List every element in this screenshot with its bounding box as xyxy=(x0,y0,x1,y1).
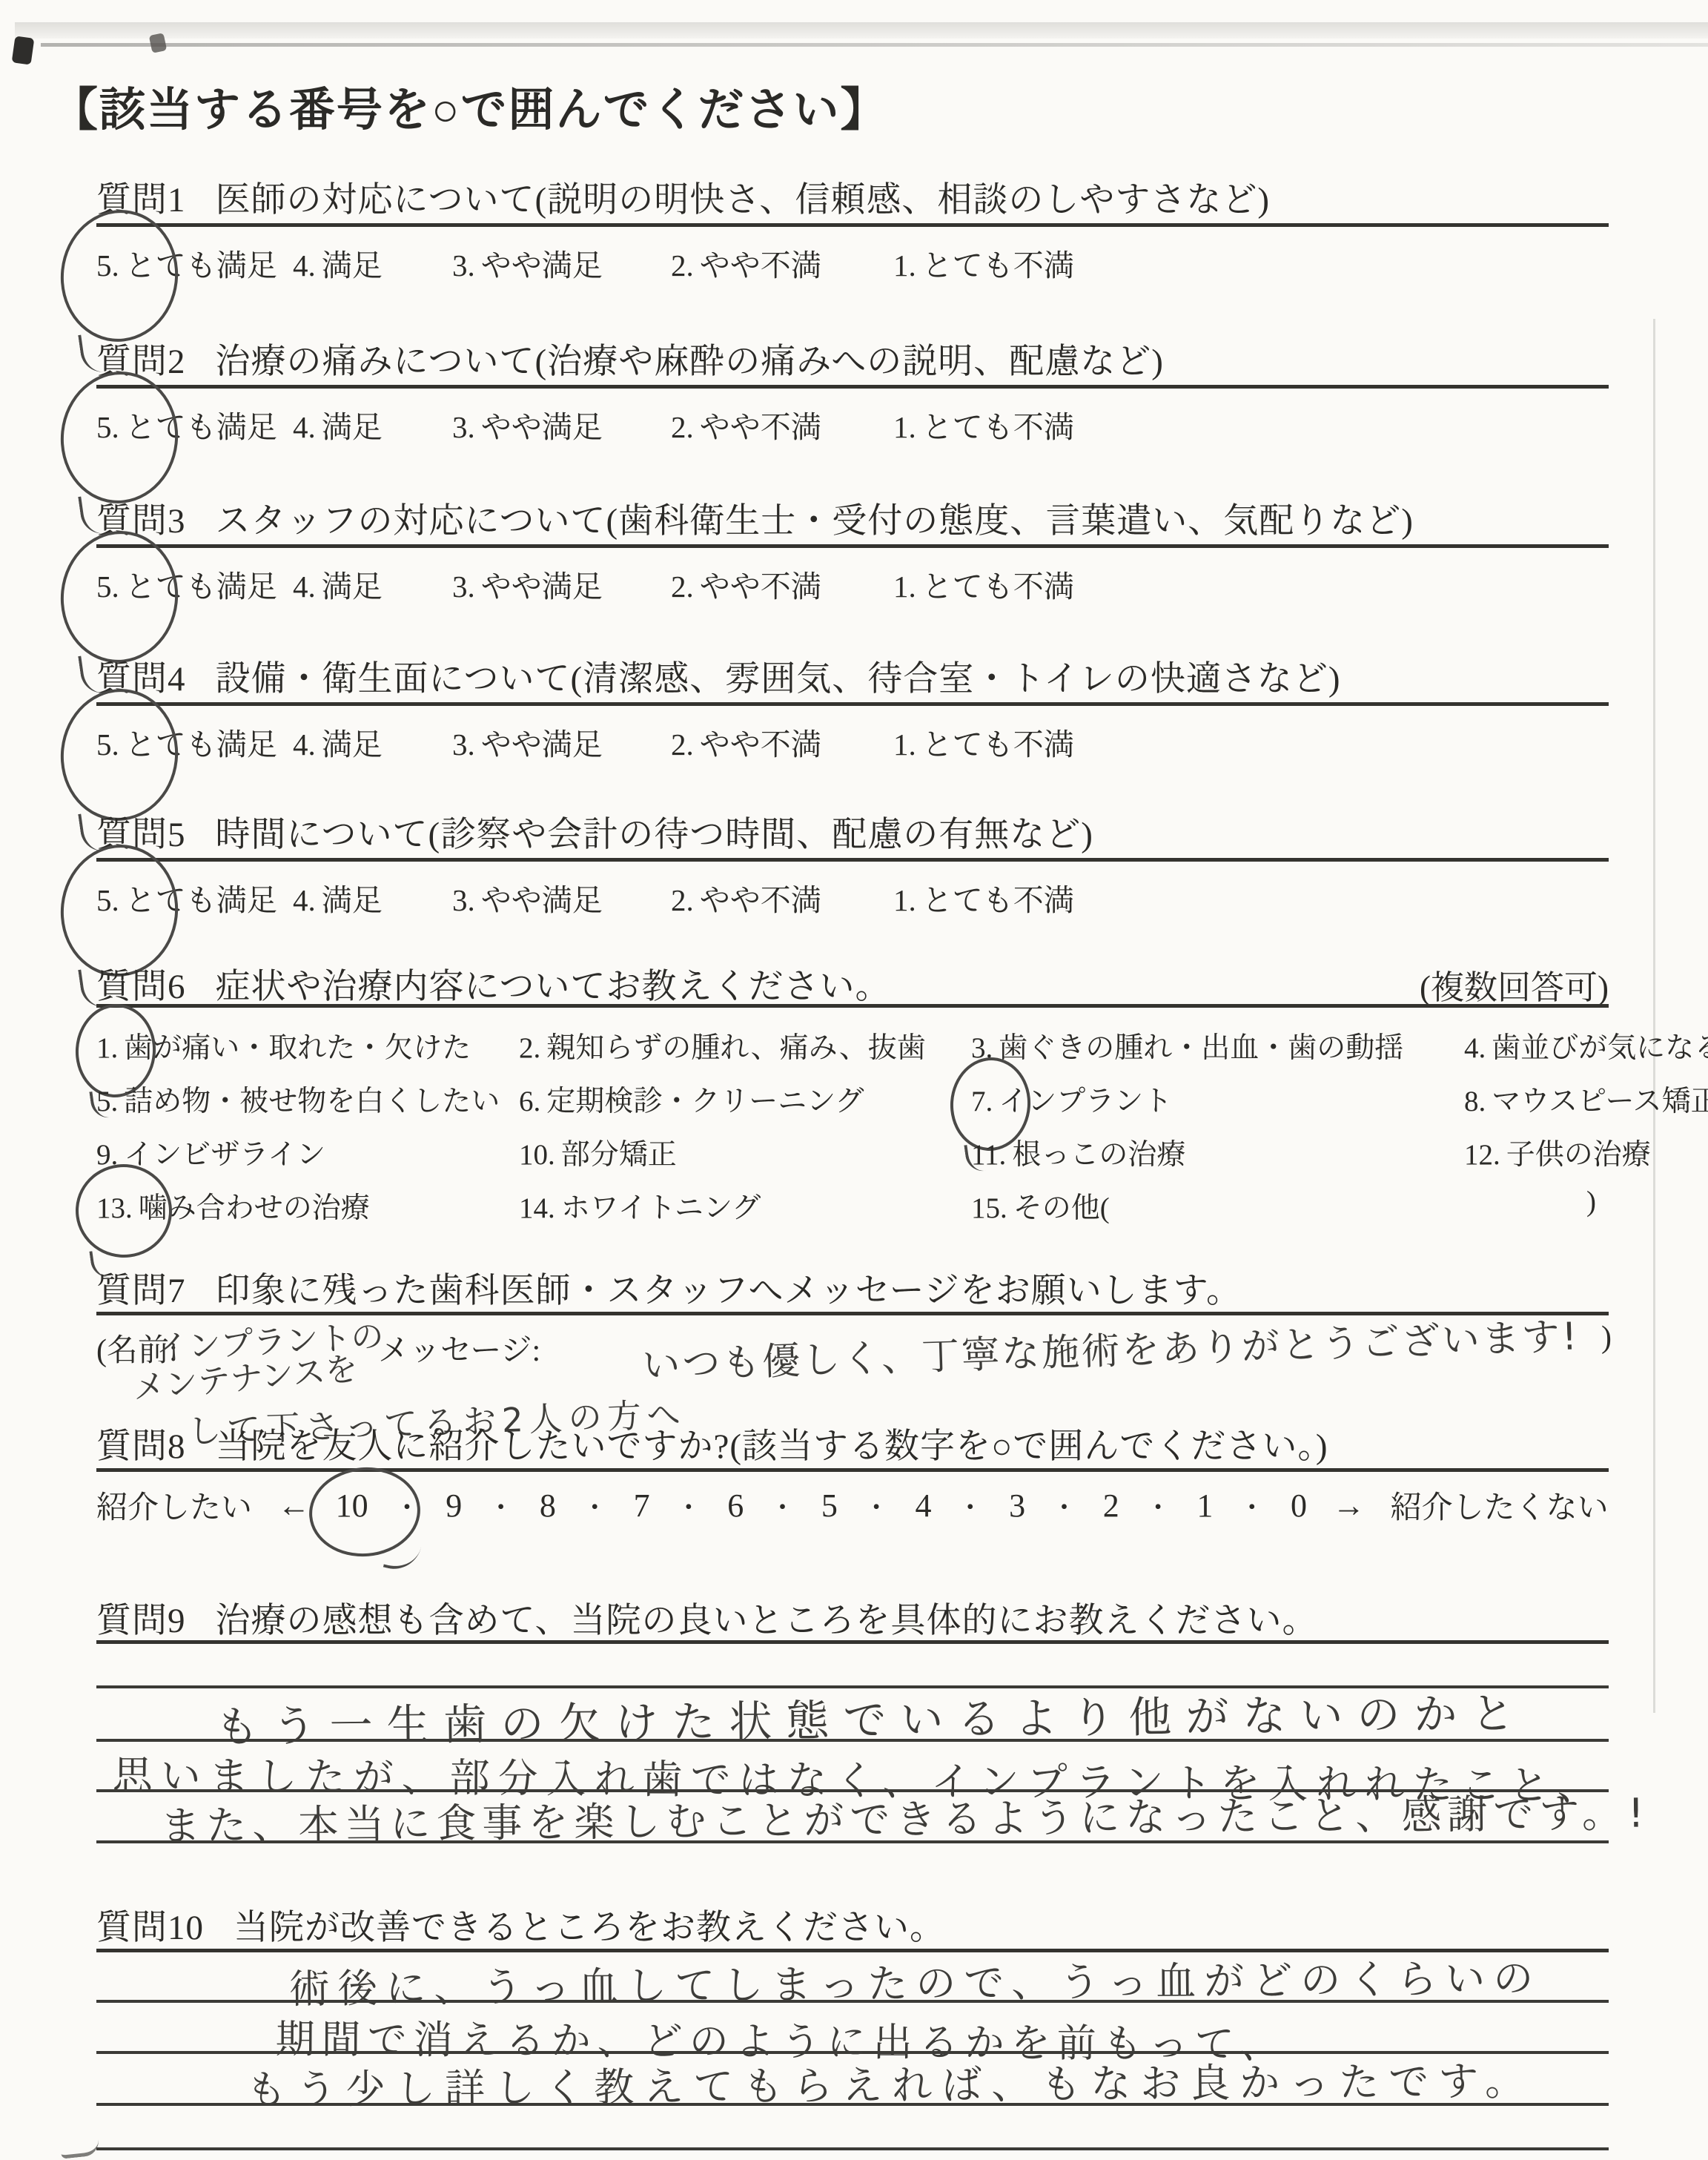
option-text: やや満足 xyxy=(481,410,603,444)
q10-label: 質問10 xyxy=(96,1909,204,1947)
option-text: とても不満 xyxy=(922,410,1074,444)
q8-scale-0: 0 xyxy=(1291,1487,1307,1525)
q6-option-15-close-paren: ) xyxy=(1586,1185,1596,1218)
q6-row-1: 1.歯が痛い・取れた・欠けた 2.親知らずの腫れ、痛み、抜歯 3.歯ぐきの腫れ・… xyxy=(96,1025,1623,1077)
option-text: 子供の治療 xyxy=(1506,1139,1651,1171)
option-number: 3. xyxy=(452,410,475,444)
scale-dot: ・ xyxy=(957,1487,984,1525)
scan-edge-shadow xyxy=(15,22,1708,39)
q7-message-label: メッセージ: xyxy=(378,1326,540,1370)
option-number: 5. xyxy=(96,1086,118,1117)
option-number: 8. xyxy=(1464,1086,1486,1117)
scale-dot: ・ xyxy=(769,1487,796,1525)
option-text: やや不満 xyxy=(700,883,821,917)
q7-close-paren: ) xyxy=(1601,1320,1612,1355)
q2-option-2: 2.やや不満 xyxy=(671,403,893,446)
q3-option-3: 3.やや満足 xyxy=(452,562,671,606)
option-number: 10. xyxy=(519,1139,555,1171)
option-text: 満足 xyxy=(322,410,383,444)
option-number: 2. xyxy=(671,569,694,604)
option-text: 部分矯正 xyxy=(561,1139,677,1171)
q1-option-1: 1.とても不満 xyxy=(893,241,1609,285)
q9-label: 質問9 xyxy=(96,1602,186,1640)
q9-underline xyxy=(96,1640,1609,1644)
q5-option-4: 4.満足 xyxy=(293,876,452,919)
q5-underline xyxy=(96,858,1609,862)
scanned-survey-sheet: 【該当する番号を○で囲んでください】 質問1医師の対応について(説明の明快さ、信… xyxy=(0,0,1708,2160)
option-text: 満足 xyxy=(322,569,383,604)
q8-label: 質問8 xyxy=(96,1427,186,1466)
option-text: やや満足 xyxy=(481,883,603,917)
option-text: やや不満 xyxy=(700,727,821,762)
q6-option-4: 4.歯並びが気になる xyxy=(1464,1025,1708,1066)
q6-option-8: 8.マウスピース矯正 xyxy=(1464,1078,1708,1120)
q6-option-6: 6.定期検診・クリーニング xyxy=(519,1078,864,1120)
option-text: やや満足 xyxy=(481,569,603,604)
q3-option-2: 2.やや不満 xyxy=(671,562,893,606)
q6-option-14: 14.ホワイトニング xyxy=(519,1185,761,1226)
option-text: 満足 xyxy=(322,727,383,762)
q10-handwriting-1: 術後に、うっ血してしまったので、うっ血がどのくらいの xyxy=(289,1946,1542,2015)
option-number: 2. xyxy=(671,410,694,444)
q2-text: 治療の痛みについて(治療や麻酔の痛みへの説明、配慮など) xyxy=(216,343,1164,381)
option-number: 1. xyxy=(893,410,916,444)
q2-heading: 質問2治療の痛みについて(治療や麻酔の痛みへの説明、配慮など) xyxy=(96,334,1164,383)
q7-heading: 質問7印象に残った歯科医師・スタッフへメッセージをお願いします。 xyxy=(96,1263,1242,1312)
q6-underline xyxy=(96,1004,1609,1008)
hand-circle xyxy=(305,1462,424,1561)
option-text: やや満足 xyxy=(481,727,603,762)
q2-option-4: 4.満足 xyxy=(293,403,452,446)
q6-option-3: 3.歯ぐきの腫れ・出血・歯の動揺 xyxy=(971,1025,1403,1066)
q6-label: 質問6 xyxy=(96,968,186,1006)
option-text: 歯が痛い・取れた・欠けた xyxy=(124,1032,471,1064)
option-number: 3. xyxy=(452,248,475,283)
option-number: 15. xyxy=(971,1192,1007,1224)
q4-option-2: 2.やや不満 xyxy=(671,720,893,764)
q5-option-3: 3.やや満足 xyxy=(452,876,671,919)
q3-option-1: 1.とても不満 xyxy=(893,562,1609,606)
option-number: 2. xyxy=(671,248,694,283)
option-number: 2. xyxy=(671,727,694,762)
q4-underline xyxy=(96,702,1609,706)
q6-option-5: 5.詰め物・被せ物を白くしたい xyxy=(96,1078,500,1120)
q4-option-4: 4.満足 xyxy=(293,720,452,764)
q2-underline xyxy=(96,385,1609,389)
option-number: 4. xyxy=(1464,1032,1486,1064)
q3-option-4: 4.満足 xyxy=(293,562,452,606)
q9-text: 治療の感想も含めて、当院の良いところを具体的にお教えください。 xyxy=(216,1602,1318,1640)
option-number: 4. xyxy=(293,727,316,762)
q8-scale-8: 8 xyxy=(540,1487,556,1525)
q6-option-11: 11.根っこの治療 xyxy=(971,1132,1185,1173)
q5-option-1: 1.とても不満 xyxy=(893,876,1609,919)
q6-option-2: 2.親知らずの腫れ、痛み、抜歯 xyxy=(519,1025,926,1066)
q6-option-13-circled: 13.噛み合わせの治療 xyxy=(96,1185,370,1226)
option-text: ホワイトニング xyxy=(561,1192,761,1224)
q8-scale-10-circled: 10 xyxy=(336,1487,368,1525)
q10-text: 当院が改善できるところをお教えください。 xyxy=(234,1909,945,1947)
option-number: 14. xyxy=(519,1192,555,1224)
option-text: マウスピース矯正 xyxy=(1492,1086,1708,1117)
q8-scale-3: 3 xyxy=(1009,1487,1025,1525)
q1-option-4: 4.満足 xyxy=(293,241,452,285)
q8-heading: 質問8当院を友人に紹介したいですか?(該当する数字を○で囲んでください。) xyxy=(96,1418,1328,1468)
q1-option-5-circled: 5.とても満足 xyxy=(96,241,293,285)
scale-dot: ・ xyxy=(488,1487,514,1525)
option-number: 6. xyxy=(519,1086,540,1117)
q6-text: 症状や治療内容についてお教えください。 xyxy=(216,968,891,1006)
q3-option-5-circled: 5.とても満足 xyxy=(96,562,293,606)
option-number: 4. xyxy=(293,883,316,917)
option-number: 4. xyxy=(293,410,316,444)
option-number: 1. xyxy=(893,569,916,604)
scale-dot: ・ xyxy=(1145,1487,1171,1525)
q8-left-label: 紹介したい xyxy=(96,1483,252,1527)
q8-scale-4: 4 xyxy=(915,1487,931,1525)
q5-options: 5.とても満足 4.満足 3.やや満足 2.やや不満 1.とても不満 xyxy=(96,876,1609,919)
q4-options: 5.とても満足 4.満足 3.やや満足 2.やや不満 1.とても不満 xyxy=(96,720,1609,764)
q7-text: 印象に残った歯科医師・スタッフへメッセージをお願いします。 xyxy=(216,1272,1242,1310)
option-number: 1. xyxy=(893,883,916,917)
option-text: 親知らずの腫れ、痛み、抜歯 xyxy=(546,1032,926,1064)
q5-option-5-circled: 5.とても満足 xyxy=(96,876,293,919)
option-number: 3. xyxy=(452,727,475,762)
q4-option-1: 1.とても不満 xyxy=(893,720,1609,764)
q6-option-15: 15.その他( xyxy=(971,1185,1110,1226)
q7-message-handwriting: いつも優しく、丁寧な施術をありがとうございます! xyxy=(641,1305,1580,1390)
option-text: やや不満 xyxy=(700,410,821,444)
q8-scale-5: 5 xyxy=(821,1487,838,1525)
q8-scale-9: 9 xyxy=(446,1487,462,1525)
q1-underline xyxy=(96,223,1609,227)
q4-text: 設備・衛生面について(清潔感、雰囲気、待合室・トイレの快適さなど) xyxy=(216,660,1341,698)
option-text: とても不満 xyxy=(922,727,1074,762)
q8-underline xyxy=(96,1468,1609,1472)
scan-ink-mark xyxy=(60,2139,100,2159)
q6-row-2: 5.詰め物・被せ物を白くしたい 6.定期検診・クリーニング 7.インプラント 8… xyxy=(96,1078,1623,1130)
q3-options: 5.とても満足 4.満足 3.やや満足 2.やや不満 1.とても不満 xyxy=(96,562,1609,606)
scan-ink-mark xyxy=(12,36,35,65)
q9-handwriting-1: もう一生歯の欠けた状態でいるより他がないのかと xyxy=(215,1678,1529,1754)
option-text: 歯並びが気になる xyxy=(1492,1032,1708,1064)
option-text: 満足 xyxy=(322,883,383,917)
scale-dot: ・ xyxy=(675,1487,702,1525)
q8-scale-7: 7 xyxy=(634,1487,650,1525)
option-number: 3. xyxy=(452,883,475,917)
option-text: とても不満 xyxy=(922,883,1074,917)
q6-option-1-circled: 1.歯が痛い・取れた・欠けた xyxy=(96,1025,471,1066)
q2-option-5-circled: 5.とても満足 xyxy=(96,403,293,446)
q4-option-5-circled: 5.とても満足 xyxy=(96,720,293,764)
q3-text: スタッフの対応について(歯科衛生士・受付の態度、言葉遣い、気配りなど) xyxy=(216,502,1414,541)
option-number: 4. xyxy=(293,569,316,604)
q6-note: (複数回答可) xyxy=(1420,960,1609,1008)
option-text: 詰め物・被せ物を白くしたい xyxy=(124,1086,500,1117)
q8-scale-2: 2 xyxy=(1103,1487,1119,1525)
q6-row-4: 13.噛み合わせの治療 14.ホワイトニング 15.その他( ) xyxy=(96,1185,1623,1237)
q8-scale: 紹介したい ← 10 ・ 9 ・ 8 ・ 7 ・ 6 ・ 5 ・ 4 ・ 3 ・… xyxy=(96,1483,1609,1527)
scan-top-line xyxy=(41,43,1708,47)
option-number: 2. xyxy=(519,1032,540,1064)
option-number: 1. xyxy=(893,248,916,283)
option-text: とても不満 xyxy=(922,248,1074,283)
q1-option-3: 3.やや満足 xyxy=(452,241,671,285)
q7-label: 質問7 xyxy=(96,1272,186,1310)
option-text: とても不満 xyxy=(922,569,1074,604)
q3-underline xyxy=(96,544,1609,548)
option-number: 1. xyxy=(893,727,916,762)
q8-scale-6: 6 xyxy=(727,1487,744,1525)
q1-options: 5.とても満足 4.満足 3.やや満足 2.やや不満 1.とても不満 xyxy=(96,241,1609,285)
q2-option-3: 3.やや満足 xyxy=(452,403,671,446)
page-title: 【該当する番号を○で囲んでください】 xyxy=(52,73,887,139)
scale-dot: ・ xyxy=(863,1487,890,1525)
q6-option-10: 10.部分矯正 xyxy=(519,1132,677,1173)
scan-right-edge-line xyxy=(1653,319,1655,1713)
q9-heading: 質問9治療の感想も含めて、当院の良いところを具体的にお教えください。 xyxy=(96,1593,1318,1642)
q6-option-12: 12.子供の治療 xyxy=(1464,1132,1651,1173)
scale-dot: ・ xyxy=(581,1487,608,1525)
right-arrow-icon: → xyxy=(1332,1487,1365,1525)
scale-dot: ・ xyxy=(1050,1487,1077,1525)
option-text: その他( xyxy=(1013,1192,1110,1224)
q2-option-1: 1.とても不満 xyxy=(893,403,1609,446)
option-text: やや不満 xyxy=(700,569,821,604)
option-text: やや満足 xyxy=(481,248,603,283)
q1-heading: 質問1医師の対応について(説明の明快さ、信頼感、相談のしやすさなど) xyxy=(96,172,1270,222)
option-text: インビザライン xyxy=(124,1139,325,1171)
option-text: やや不満 xyxy=(700,248,821,283)
left-arrow-icon: ← xyxy=(277,1487,310,1525)
option-number: 2. xyxy=(671,883,694,917)
q5-heading: 質問5時間について(診察や会計の待つ時間、配慮の有無など) xyxy=(96,807,1093,856)
option-number: 12. xyxy=(1464,1139,1500,1171)
q8-right-label: 紹介したくない xyxy=(1391,1483,1609,1527)
q10-heading: 質問10当院が改善できるところをお教えください。 xyxy=(96,1900,945,1949)
q1-option-2: 2.やや不満 xyxy=(671,241,893,285)
q3-heading: 質問3スタッフの対応について(歯科衛生士・受付の態度、言葉遣い、気配りなど) xyxy=(96,493,1414,543)
q8-scale-1: 1 xyxy=(1196,1487,1213,1525)
q5-text: 時間について(診察や会計の待つ時間、配慮の有無など) xyxy=(216,816,1093,854)
q6-option-7-circled: 7.インプラント xyxy=(971,1078,1172,1120)
q2-options: 5.とても満足 4.満足 3.やや満足 2.やや不満 1.とても不満 xyxy=(96,403,1609,446)
q5-option-2: 2.やや不満 xyxy=(671,876,893,919)
q8-text: 当院を友人に紹介したいですか?(該当する数字を○で囲んでください。) xyxy=(216,1427,1328,1466)
q10-handwriting-3: もう少し詳しく教えてもらえれば、もなお良かったです。 xyxy=(246,2050,1535,2116)
q10-answer-line-4 xyxy=(96,2147,1609,2150)
q4-heading: 質問4設備・衛生面について(清潔感、雰囲気、待合室・トイレの快適さなど) xyxy=(96,651,1341,701)
option-text: 歯ぐきの腫れ・出血・歯の動揺 xyxy=(999,1032,1403,1064)
option-text: 根っこの治療 xyxy=(1012,1139,1185,1171)
q1-text: 医師の対応について(説明の明快さ、信頼感、相談のしやすさなど) xyxy=(216,181,1270,219)
q6-row-3: 9.インビザライン 10.部分矯正 11.根っこの治療 12.子供の治療 xyxy=(96,1132,1623,1183)
option-number: 11. xyxy=(971,1139,1006,1171)
q4-option-3: 3.やや満足 xyxy=(452,720,671,764)
option-number: 4. xyxy=(293,248,316,283)
option-number: 3. xyxy=(452,569,475,604)
option-text: 噛み合わせの治療 xyxy=(139,1192,370,1224)
option-text: 満足 xyxy=(322,248,383,283)
option-text: 定期検診・クリーニング xyxy=(546,1086,864,1117)
scale-dot: ・ xyxy=(1239,1487,1265,1525)
q6-heading: 質問6症状や治療内容についてお教えください。 xyxy=(96,959,891,1008)
